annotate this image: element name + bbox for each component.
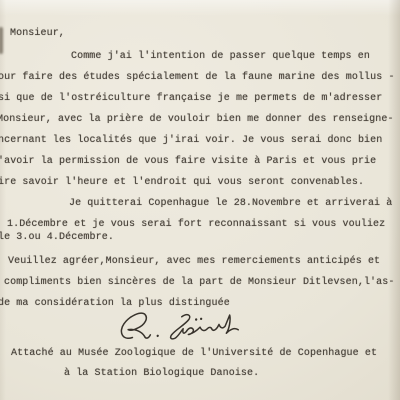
letter-line: 1.Décembre et je vous serai fort reconna… <box>7 219 385 231</box>
letter-line: Monsieur, avec la prière de vouloir bien… <box>0 114 394 126</box>
signature-dot <box>157 335 158 336</box>
salutation: Monsieur, <box>10 28 65 40</box>
letter-line: le 3.ou 4.Décembre. <box>0 232 114 244</box>
letter-line: our faire des études spécialement de la … <box>0 72 395 84</box>
letter-line: Je quitterai Copenhague le 28.Novembre e… <box>69 198 392 210</box>
footer-line: à la Station Biologique Danoise. <box>64 368 259 380</box>
letter-line: ncernant les localités que j'irai voir. … <box>0 135 382 147</box>
letter-line: compliments bien sincères de la part de … <box>4 277 394 289</box>
letter-line: Veuillez agréer,Monsieur, avec mes remer… <box>8 256 380 268</box>
footer-line: Attaché au Musée Zoologique de l'Univers… <box>11 348 377 360</box>
letter-line: si que de l'ostréiculture française je m… <box>0 93 382 105</box>
letter-page: Monsieur, Comme j'ai l'intention de pass… <box>0 0 400 400</box>
signature-handwriting <box>115 300 291 348</box>
letter-line: Comme j'ai l'intention de passer quelque… <box>71 51 370 63</box>
letter-line: ire savoir l'heure et l'endroit qui vous… <box>0 177 364 189</box>
signature-initial-stroke <box>121 313 151 339</box>
ink-smudge <box>0 27 3 54</box>
letter-line: 'avoir la permission de vous faire visit… <box>0 156 376 168</box>
signature-name-stroke <box>170 313 239 339</box>
signature-umlaut-dots <box>196 318 202 320</box>
